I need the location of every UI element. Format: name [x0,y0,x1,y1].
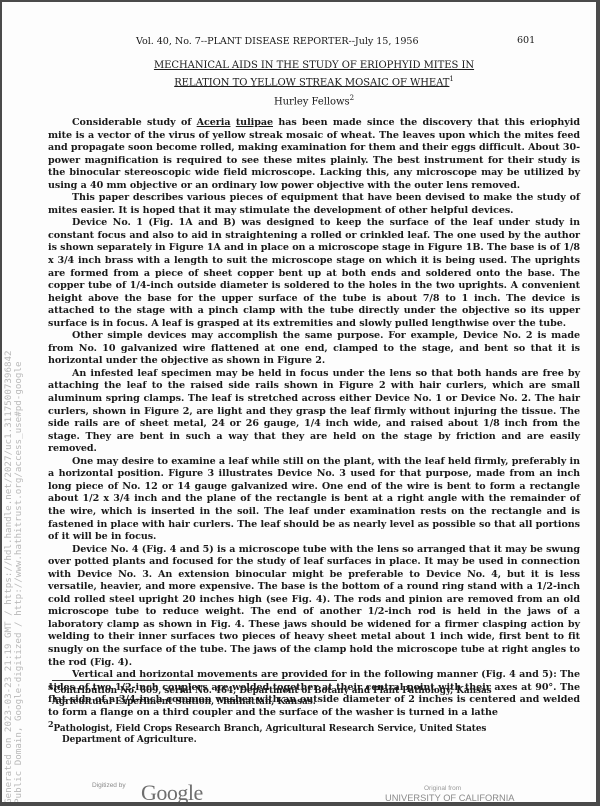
article-body: Considerable study of Aceria tulipae has… [48,117,580,719]
footnote-2: 2Pathologist, Field Crops Research Branc… [48,719,528,747]
document-page: Generated on 2023-03-23 21:19 GMT / http… [2,2,596,802]
paragraph: Other simple devices may accomplish the … [48,330,580,368]
page-number: 601 [517,35,535,46]
author-name: Hurley Fellows2 [48,94,580,107]
species-name: tulipae [236,117,273,128]
footnote-1: 1Contribution No. 609, serial No. 464, D… [48,681,528,709]
title-footnote-mark: 1 [449,75,453,83]
paragraph: An infested leaf specimen may be held in… [48,368,580,456]
paragraph: Device No. 4 (Fig. 4 and 5) is a microsc… [48,544,580,669]
paragraph: Considerable study of Aceria tulipae has… [48,117,580,192]
digitized-by-label: Digitized by [92,782,126,789]
genus-name: Aceria [197,117,231,128]
author-text: Hurley Fellows [274,96,350,107]
title-line-1: MECHANICAL AIDS IN THE STUDY OF ERIOPHYI… [154,60,474,71]
footnotes: 1Contribution No. 609, serial No. 464, D… [48,681,528,757]
title-line-2: RELATION TO YELLOW STREAK MOSAIC OF WHEA… [174,77,449,88]
article-title: MECHANICAL AIDS IN THE STUDY OF ERIOPHYI… [48,60,580,89]
paragraph: This paper describes various pieces of e… [48,192,580,217]
google-logo: Google [141,780,203,802]
watermark-line-2: Public Domain, Google-digitized / http:/… [14,244,24,802]
institution-label: UNIVERSITY OF CALIFORNIA [385,793,515,802]
author-footnote-mark: 2 [350,94,354,102]
paragraph: Device No. 1 (Fig. 1A and B) was designe… [48,217,580,330]
paragraph: One may desire to examine a leaf while s… [48,456,580,544]
original-from-label: Original from [424,785,461,792]
running-head: Vol. 40, No. 7--PLANT DISEASE REPORTER--… [136,36,556,47]
hathitrust-watermark: Generated on 2023-03-23 21:19 GMT / http… [4,244,24,802]
